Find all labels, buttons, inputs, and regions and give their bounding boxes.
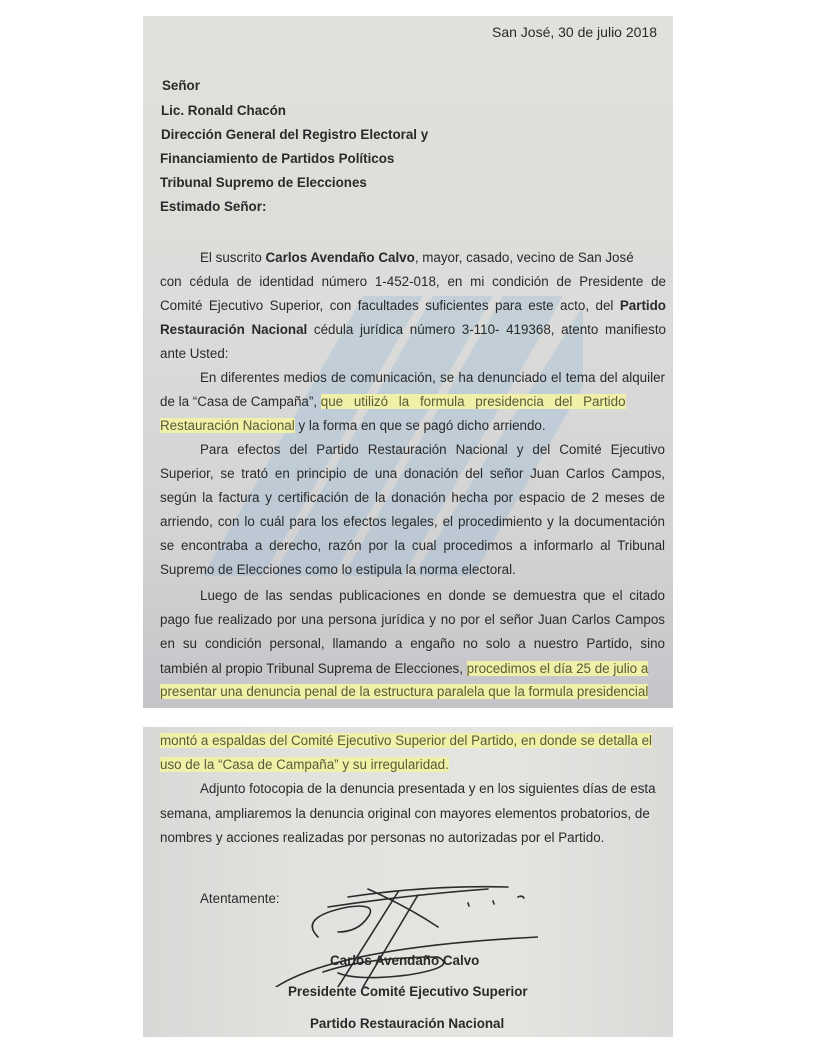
paragraph-line: presentar una denuncia penal de la estru…: [160, 684, 648, 700]
letter-page-2: montó a espaldas del Comité Ejecutivo Su…: [143, 727, 673, 1037]
highlighted-text: que utilizó la formula presidencia del P…: [321, 394, 626, 409]
paragraph-line: uso de la “Casa de Campaña” y su irregul…: [160, 757, 449, 773]
paragraph-line: arriendo, con lo cuál para los efectos l…: [160, 514, 665, 530]
highlighted-text: montó a espaldas del Comité Ejecutivo Su…: [160, 733, 652, 748]
address-line: Dirección General del Registro Electoral…: [161, 127, 428, 143]
paragraph-line: según la factura y certificación de la d…: [160, 490, 665, 506]
letter-page-1: San José, 30 de julio 2018 Señor Lic. Ro…: [143, 16, 673, 708]
paragraph-line: con cédula de identidad número 1-452-018…: [160, 274, 666, 290]
address-line: Financiamiento de Partidos Políticos: [160, 151, 394, 167]
paragraph-line: en su condición personal, llamando a eng…: [160, 636, 665, 652]
paragraph-line: de la “Casa de Campaña”, que utilizó la …: [160, 394, 666, 410]
paragraph-line: semana, ampliaremos la denuncia original…: [160, 806, 650, 822]
signatory-name: Carlos Avendaño Calvo: [330, 953, 479, 969]
paragraph-line: Superior, se trató en principio de una d…: [160, 466, 665, 482]
highlighted-text: presentar una denuncia penal de la estru…: [160, 684, 648, 699]
paragraph-line: Comité Ejecutivo Superior, con facultade…: [160, 298, 666, 314]
paragraph-line: En diferentes medios de comunicación, se…: [200, 370, 665, 386]
highlighted-text: uso de la “Casa de Campaña” y su irregul…: [160, 757, 449, 772]
paragraph-line: ante Usted:: [160, 346, 228, 362]
salutation: Estimado Señor:: [160, 199, 266, 215]
address-line: Tribunal Supremo de Elecciones: [160, 175, 367, 191]
letter-date: San José, 30 de julio 2018: [492, 24, 657, 40]
paragraph-line: Luego de las sendas publicaciones en don…: [200, 588, 665, 604]
paragraph-line: Supremo de Elecciones como lo estipula l…: [160, 562, 516, 578]
highlighted-text: Restauración Nacional: [160, 418, 295, 433]
paragraph-line: Restauración Nacional cédula jurídica nú…: [160, 322, 666, 338]
paragraph-line: Para efectos del Partido Restauración Na…: [200, 442, 665, 458]
paragraph-line: Restauración Nacional y la forma en que …: [160, 418, 546, 434]
signatory-organization: Partido Restauración Nacional: [310, 1016, 504, 1032]
address-line: Señor: [162, 78, 200, 94]
paragraph-line: Adjunto fotocopia de la denuncia present…: [200, 781, 656, 797]
paragraph-line: nombres y acciones realizadas por person…: [160, 830, 604, 846]
paragraph-line: montó a espaldas del Comité Ejecutivo Su…: [160, 733, 652, 749]
paragraph-line: se encontraba a derecho, razón por la cu…: [160, 538, 665, 554]
signatory-title: Presidente Comité Ejecutivo Superior: [288, 984, 528, 1000]
address-line: Lic. Ronald Chacón: [161, 103, 286, 119]
paragraph-line: también al propio Tribunal Suprema de El…: [160, 661, 665, 677]
signature-scribble-icon: [268, 877, 538, 987]
paragraph-line: El suscrito Carlos Avendaño Calvo, mayor…: [200, 250, 662, 266]
paragraph-line: pago fue realizado por una persona juríd…: [160, 612, 665, 628]
highlighted-text: procedimos el día 25 de julio a: [467, 661, 649, 676]
